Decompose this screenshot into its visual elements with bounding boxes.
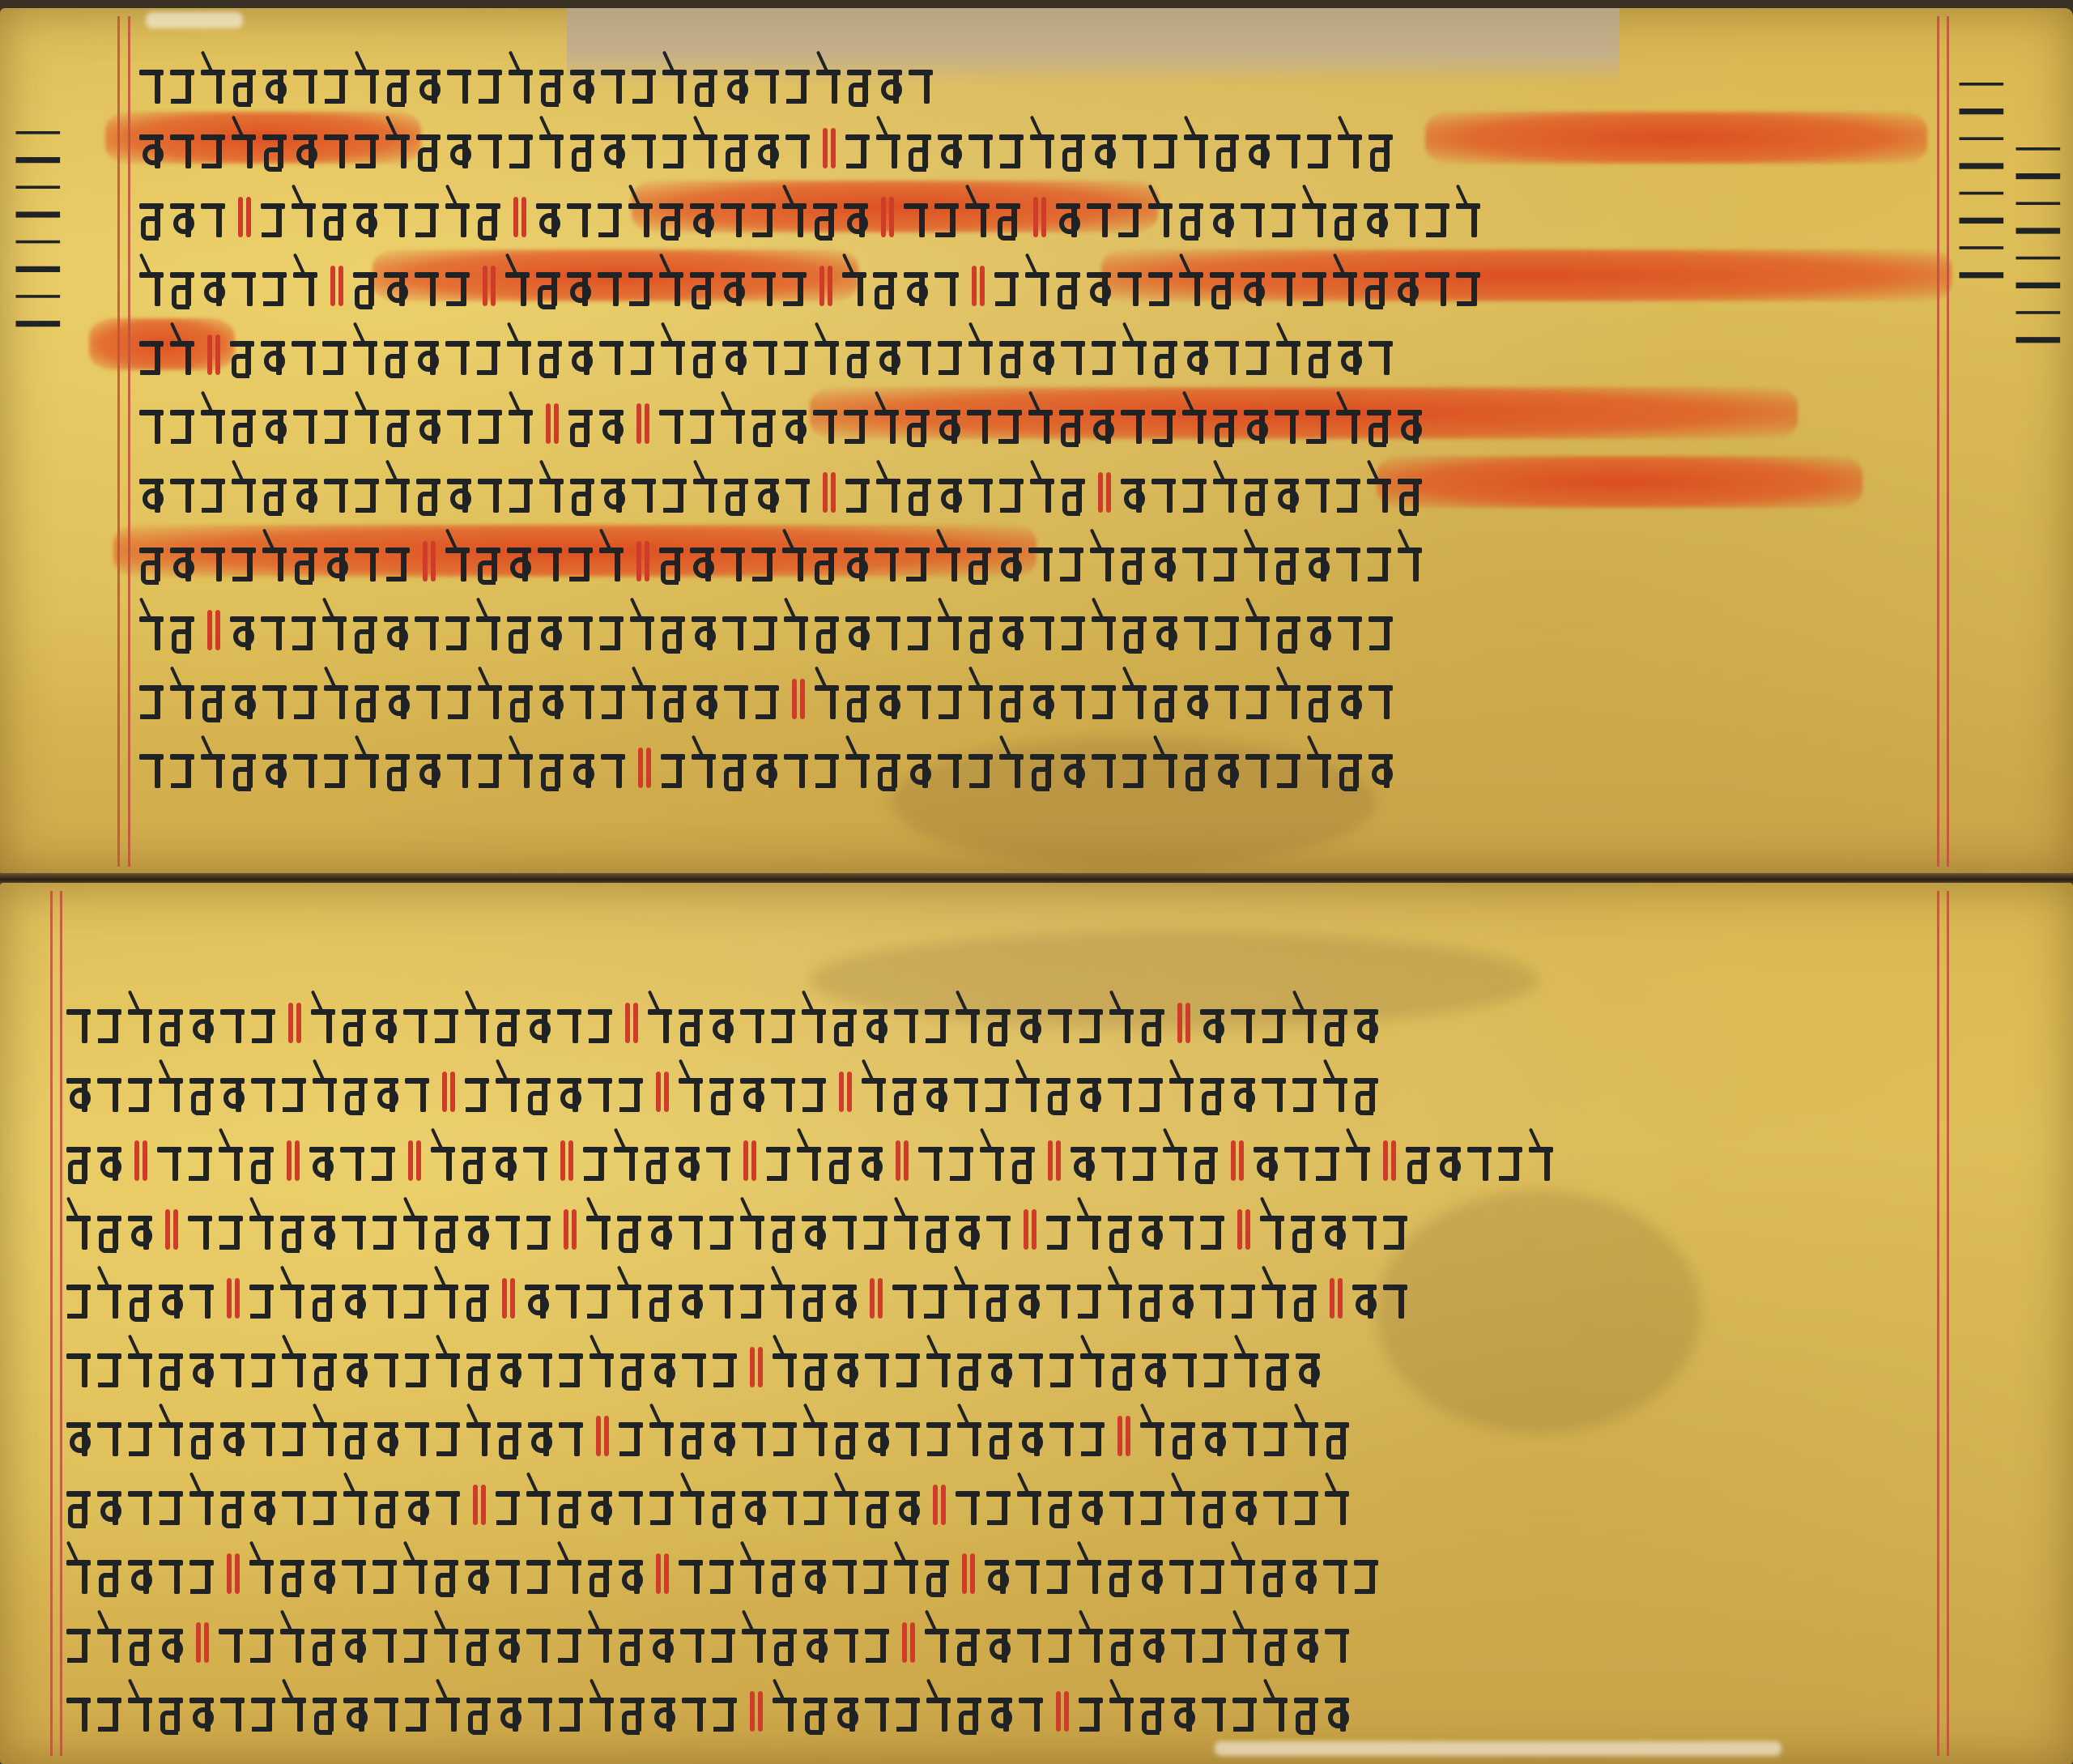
script-glyph bbox=[279, 1208, 306, 1251]
script-glyph bbox=[1198, 1276, 1226, 1320]
script-glyph bbox=[199, 746, 227, 790]
script-glyph bbox=[863, 1621, 891, 1664]
script-glyph bbox=[434, 1483, 462, 1527]
script-glyph bbox=[444, 195, 471, 239]
script-glyph bbox=[65, 1001, 92, 1045]
script-glyph bbox=[983, 1070, 1011, 1114]
script-glyph bbox=[630, 62, 658, 105]
double-danda-mark bbox=[1228, 1137, 1247, 1182]
script-glyph bbox=[983, 1276, 1011, 1320]
script-glyph bbox=[555, 1070, 583, 1114]
script-glyph bbox=[1393, 264, 1420, 308]
script-glyph bbox=[842, 539, 870, 583]
script-glyph bbox=[372, 1483, 400, 1527]
script-glyph bbox=[1381, 1208, 1409, 1251]
script-glyph bbox=[802, 1345, 829, 1389]
script-glyph bbox=[567, 333, 594, 377]
script-glyph bbox=[96, 1139, 123, 1182]
script-glyph bbox=[444, 264, 471, 308]
double-danda-mark bbox=[653, 1068, 672, 1114]
script-glyph bbox=[1108, 1621, 1135, 1664]
script-glyph bbox=[340, 1276, 368, 1320]
script-glyph bbox=[782, 333, 810, 377]
script-glyph bbox=[771, 1414, 798, 1458]
script-glyph bbox=[138, 62, 165, 105]
script-glyph bbox=[719, 195, 747, 239]
script-glyph bbox=[1367, 677, 1394, 721]
script-glyph bbox=[96, 1070, 123, 1114]
script-glyph bbox=[800, 1552, 828, 1596]
double-danda-mark bbox=[499, 1275, 518, 1320]
script-glyph bbox=[568, 677, 596, 721]
script-glyph bbox=[680, 1345, 708, 1389]
script-glyph bbox=[249, 1001, 277, 1045]
script-glyph bbox=[1304, 539, 1331, 583]
script-glyph bbox=[1024, 264, 1051, 308]
script-glyph bbox=[709, 1483, 737, 1527]
script-glyph bbox=[126, 1621, 154, 1664]
script-glyph bbox=[894, 1414, 922, 1458]
script-glyph bbox=[248, 1276, 275, 1320]
script-glyph bbox=[1262, 1483, 1289, 1527]
script-glyph bbox=[750, 402, 777, 445]
script-glyph bbox=[1168, 1070, 1195, 1114]
double-danda-mark bbox=[1380, 1137, 1399, 1182]
script-glyph bbox=[413, 264, 441, 308]
script-glyph bbox=[674, 1139, 701, 1182]
script-glyph bbox=[1139, 1414, 1166, 1458]
script-glyph bbox=[292, 677, 319, 721]
script-glyph bbox=[599, 677, 627, 721]
script-glyph bbox=[1121, 746, 1148, 790]
double-danda-mark bbox=[204, 607, 223, 652]
script-glyph bbox=[617, 1621, 645, 1664]
manuscript-line bbox=[0, 1531, 2073, 1596]
script-glyph bbox=[677, 1001, 704, 1045]
script-glyph bbox=[1108, 1001, 1135, 1045]
script-glyph bbox=[369, 1139, 397, 1182]
script-glyph bbox=[860, 1070, 888, 1114]
script-glyph bbox=[1242, 471, 1270, 514]
double-danda-mark bbox=[892, 1137, 912, 1182]
script-glyph bbox=[188, 1070, 215, 1114]
script-glyph bbox=[771, 1345, 798, 1389]
script-glyph bbox=[1147, 195, 1174, 239]
script-glyph bbox=[751, 746, 779, 790]
script-glyph bbox=[413, 608, 441, 652]
script-glyph bbox=[923, 1552, 951, 1596]
script-glyph bbox=[219, 1414, 246, 1458]
script-glyph bbox=[1362, 195, 1390, 239]
script-glyph bbox=[844, 471, 871, 514]
script-glyph bbox=[1305, 677, 1333, 721]
glyph-run bbox=[138, 243, 1485, 308]
script-glyph bbox=[463, 1001, 491, 1045]
script-glyph bbox=[402, 1276, 429, 1320]
script-glyph bbox=[923, 1621, 951, 1664]
script-glyph bbox=[1169, 1621, 1197, 1664]
script-glyph bbox=[126, 1483, 154, 1527]
script-glyph bbox=[1323, 1689, 1351, 1733]
script-glyph bbox=[769, 1208, 797, 1251]
script-glyph bbox=[1344, 1139, 1372, 1182]
manuscript-line bbox=[0, 1668, 2073, 1733]
script-glyph bbox=[936, 608, 964, 652]
script-glyph bbox=[708, 1276, 735, 1320]
script-glyph bbox=[126, 1689, 154, 1733]
script-glyph bbox=[228, 333, 256, 377]
script-glyph bbox=[1322, 1070, 1349, 1114]
script-glyph bbox=[936, 677, 964, 721]
script-glyph bbox=[65, 1276, 92, 1320]
script-glyph bbox=[1292, 1689, 1320, 1733]
script-glyph bbox=[800, 1070, 828, 1114]
script-glyph bbox=[1027, 402, 1054, 445]
script-glyph bbox=[1106, 1276, 1134, 1320]
script-glyph bbox=[628, 333, 656, 377]
script-glyph bbox=[1305, 608, 1333, 652]
script-glyph bbox=[826, 1139, 853, 1182]
script-glyph bbox=[894, 1483, 922, 1527]
margin-note-right: │┃│┃│┃│┃ bbox=[2016, 138, 2060, 356]
script-glyph bbox=[496, 1345, 523, 1389]
script-glyph bbox=[1090, 126, 1117, 170]
script-glyph bbox=[1239, 195, 1266, 239]
script-glyph bbox=[1304, 402, 1331, 445]
script-glyph bbox=[1239, 264, 1266, 308]
script-glyph bbox=[340, 1552, 368, 1596]
script-glyph bbox=[65, 1070, 92, 1114]
manuscript-line bbox=[0, 381, 2073, 445]
script-glyph bbox=[494, 1001, 521, 1045]
script-glyph bbox=[280, 1483, 308, 1527]
script-glyph bbox=[157, 1689, 185, 1733]
script-glyph bbox=[722, 471, 750, 514]
script-glyph bbox=[875, 333, 902, 377]
double-danda-mark bbox=[740, 1137, 760, 1182]
script-glyph bbox=[384, 126, 411, 170]
script-glyph bbox=[719, 539, 747, 583]
script-glyph bbox=[658, 539, 685, 583]
script-glyph bbox=[811, 195, 839, 239]
script-glyph bbox=[311, 1483, 338, 1527]
script-glyph bbox=[261, 126, 288, 170]
script-glyph bbox=[290, 333, 317, 377]
script-glyph bbox=[751, 333, 779, 377]
script-glyph bbox=[925, 1689, 952, 1733]
script-glyph bbox=[1352, 1070, 1380, 1114]
script-glyph bbox=[413, 195, 441, 239]
script-glyph bbox=[555, 1483, 583, 1527]
script-glyph bbox=[568, 62, 596, 105]
script-glyph bbox=[1150, 402, 1177, 445]
script-glyph bbox=[475, 195, 502, 239]
script-glyph bbox=[475, 608, 502, 652]
margin-rule bbox=[117, 16, 120, 867]
script-glyph bbox=[538, 471, 565, 514]
script-glyph bbox=[967, 677, 994, 721]
script-glyph bbox=[188, 1414, 215, 1458]
script-glyph bbox=[986, 1689, 1014, 1733]
script-glyph bbox=[292, 264, 319, 308]
script-glyph bbox=[382, 333, 410, 377]
double-danda-mark bbox=[633, 538, 653, 583]
manuscript-line bbox=[0, 450, 2073, 514]
double-danda-mark bbox=[1053, 1688, 1072, 1733]
script-glyph bbox=[168, 608, 196, 652]
script-glyph bbox=[168, 264, 196, 308]
script-glyph bbox=[902, 195, 930, 239]
script-glyph bbox=[1200, 1621, 1228, 1664]
script-glyph bbox=[813, 333, 841, 377]
script-glyph bbox=[1208, 195, 1236, 239]
script-glyph bbox=[338, 1139, 366, 1182]
script-glyph bbox=[219, 1070, 246, 1114]
script-glyph bbox=[782, 608, 810, 652]
double-danda-mark bbox=[789, 675, 808, 721]
script-glyph bbox=[292, 539, 319, 583]
script-glyph bbox=[351, 333, 379, 377]
script-glyph bbox=[403, 1483, 431, 1527]
script-glyph bbox=[536, 608, 564, 652]
script-glyph bbox=[993, 264, 1020, 308]
script-glyph bbox=[186, 1139, 214, 1182]
script-glyph bbox=[628, 608, 656, 652]
script-glyph bbox=[722, 62, 750, 105]
script-glyph bbox=[372, 1345, 400, 1389]
script-glyph bbox=[964, 195, 991, 239]
double-danda-mark bbox=[470, 1481, 489, 1527]
script-glyph bbox=[1273, 471, 1300, 514]
double-danda-mark bbox=[747, 1688, 766, 1733]
script-glyph bbox=[811, 539, 839, 583]
script-glyph bbox=[1270, 195, 1297, 239]
script-glyph bbox=[996, 402, 1024, 445]
script-glyph bbox=[261, 539, 288, 583]
script-glyph bbox=[802, 1689, 829, 1733]
script-glyph bbox=[598, 608, 625, 652]
script-glyph bbox=[709, 1621, 737, 1664]
script-glyph bbox=[507, 471, 534, 514]
double-danda-mark bbox=[1114, 1412, 1134, 1458]
script-glyph bbox=[65, 1139, 92, 1182]
double-danda-mark bbox=[131, 1137, 151, 1182]
script-glyph bbox=[1331, 195, 1359, 239]
script-glyph bbox=[1198, 1552, 1226, 1596]
glyph-run bbox=[65, 1324, 1325, 1389]
script-glyph bbox=[1323, 1621, 1351, 1664]
script-glyph bbox=[1336, 746, 1364, 790]
script-glyph bbox=[1028, 746, 1056, 790]
script-glyph bbox=[1334, 402, 1362, 445]
script-glyph bbox=[138, 539, 165, 583]
script-glyph bbox=[230, 471, 258, 514]
glyph-run bbox=[138, 518, 1427, 583]
script-glyph bbox=[311, 1070, 338, 1114]
script-glyph bbox=[753, 126, 781, 170]
script-glyph bbox=[661, 471, 688, 514]
script-glyph bbox=[476, 126, 504, 170]
script-glyph bbox=[659, 746, 687, 790]
script-glyph bbox=[904, 402, 931, 445]
glare bbox=[1215, 1741, 1781, 1756]
script-glyph bbox=[802, 1483, 829, 1527]
script-glyph bbox=[598, 333, 625, 377]
script-glyph bbox=[617, 1483, 645, 1527]
script-glyph bbox=[1275, 746, 1302, 790]
script-glyph bbox=[998, 333, 1025, 377]
script-glyph bbox=[873, 402, 900, 445]
margin-rule bbox=[1947, 891, 1949, 1756]
script-glyph bbox=[648, 1621, 675, 1664]
script-glyph bbox=[1137, 1070, 1164, 1114]
script-glyph bbox=[1300, 264, 1328, 308]
script-glyph bbox=[1150, 539, 1177, 583]
script-glyph bbox=[986, 1345, 1014, 1389]
script-glyph bbox=[217, 1621, 245, 1664]
script-glyph bbox=[1108, 1483, 1135, 1527]
script-glyph bbox=[1090, 333, 1117, 377]
script-glyph bbox=[1367, 746, 1394, 790]
script-glyph bbox=[403, 1689, 431, 1733]
script-glyph bbox=[709, 1414, 737, 1458]
script-glyph bbox=[831, 1208, 858, 1251]
script-glyph bbox=[538, 677, 565, 721]
script-glyph bbox=[292, 126, 319, 170]
script-glyph bbox=[168, 539, 196, 583]
script-glyph bbox=[126, 1208, 154, 1251]
script-glyph bbox=[1305, 333, 1333, 377]
script-glyph bbox=[1168, 1552, 1195, 1596]
script-glyph bbox=[1048, 1345, 1075, 1389]
manuscript-line bbox=[0, 174, 2073, 239]
script-glyph bbox=[565, 264, 593, 308]
script-glyph bbox=[936, 746, 964, 790]
script-glyph bbox=[309, 1621, 337, 1664]
script-glyph bbox=[661, 677, 688, 721]
script-glyph bbox=[138, 471, 165, 514]
script-glyph bbox=[954, 1001, 981, 1045]
script-glyph bbox=[1291, 1552, 1318, 1596]
script-glyph bbox=[199, 402, 227, 445]
double-danda-mark bbox=[1020, 1206, 1040, 1251]
script-glyph bbox=[138, 677, 165, 721]
script-glyph bbox=[219, 1483, 246, 1527]
script-glyph bbox=[863, 1414, 891, 1458]
script-glyph bbox=[800, 1001, 828, 1045]
script-glyph bbox=[126, 1345, 154, 1389]
double-danda-mark bbox=[479, 262, 499, 308]
script-glyph bbox=[1116, 264, 1143, 308]
script-glyph bbox=[1181, 402, 1208, 445]
script-glyph bbox=[353, 746, 381, 790]
manuscript-line bbox=[0, 105, 2073, 170]
script-glyph bbox=[538, 746, 565, 790]
script-glyph bbox=[690, 746, 717, 790]
script-glyph bbox=[688, 195, 716, 239]
script-glyph bbox=[1014, 1276, 1041, 1320]
script-glyph bbox=[802, 1621, 829, 1664]
script-glyph bbox=[230, 402, 258, 445]
script-glyph bbox=[1075, 1208, 1103, 1251]
double-danda-mark bbox=[819, 469, 839, 514]
script-glyph bbox=[1291, 1001, 1318, 1045]
script-glyph bbox=[292, 471, 319, 514]
glyph-run bbox=[65, 980, 1383, 1045]
script-glyph bbox=[677, 1552, 704, 1596]
script-glyph bbox=[1059, 333, 1087, 377]
script-glyph bbox=[321, 333, 348, 377]
script-glyph bbox=[525, 1552, 552, 1596]
script-glyph bbox=[1200, 1414, 1228, 1458]
script-glyph bbox=[1292, 1621, 1320, 1664]
script-glyph bbox=[952, 1070, 980, 1114]
double-danda-mark bbox=[1234, 1206, 1254, 1251]
glyph-run bbox=[65, 1255, 1412, 1320]
double-danda-mark bbox=[622, 999, 641, 1045]
double-danda-mark bbox=[193, 1619, 212, 1664]
script-glyph bbox=[96, 1621, 123, 1664]
script-glyph bbox=[1140, 1345, 1168, 1389]
double-danda-mark bbox=[162, 1206, 181, 1251]
script-glyph bbox=[599, 746, 627, 790]
script-glyph bbox=[1294, 1345, 1322, 1389]
script-glyph bbox=[1208, 264, 1236, 308]
script-glyph bbox=[905, 471, 933, 514]
script-glyph bbox=[1150, 471, 1177, 514]
script-glyph bbox=[445, 746, 473, 790]
script-glyph bbox=[648, 1483, 675, 1527]
script-glyph bbox=[538, 62, 565, 105]
script-glyph bbox=[936, 471, 964, 514]
script-glyph bbox=[1014, 1552, 1041, 1596]
script-glyph bbox=[1088, 402, 1116, 445]
script-glyph bbox=[692, 62, 719, 105]
script-glyph bbox=[998, 746, 1025, 790]
script-glyph bbox=[157, 1001, 185, 1045]
script-glyph bbox=[219, 1001, 246, 1045]
script-glyph bbox=[525, 1070, 552, 1114]
script-glyph bbox=[630, 471, 658, 514]
script-glyph bbox=[740, 1414, 768, 1458]
script-glyph bbox=[925, 1414, 952, 1458]
script-glyph bbox=[434, 1345, 462, 1389]
script-glyph bbox=[168, 62, 196, 105]
script-glyph bbox=[643, 1139, 670, 1182]
script-glyph bbox=[261, 746, 288, 790]
script-glyph bbox=[800, 1208, 828, 1251]
script-glyph bbox=[444, 333, 471, 377]
script-glyph bbox=[248, 1139, 275, 1182]
script-glyph bbox=[771, 1483, 798, 1527]
script-glyph bbox=[863, 1345, 891, 1389]
script-glyph bbox=[1262, 1621, 1289, 1664]
margin-rule bbox=[50, 891, 53, 1756]
script-glyph bbox=[1229, 1001, 1257, 1045]
script-glyph bbox=[228, 608, 256, 652]
script-glyph bbox=[168, 677, 196, 721]
script-glyph bbox=[784, 471, 811, 514]
script-glyph bbox=[978, 1139, 1006, 1182]
script-glyph bbox=[1496, 1139, 1524, 1182]
script-glyph bbox=[568, 746, 596, 790]
script-glyph bbox=[526, 1414, 554, 1458]
script-glyph bbox=[690, 608, 717, 652]
script-glyph bbox=[353, 402, 381, 445]
script-glyph bbox=[615, 1208, 643, 1251]
script-glyph bbox=[199, 539, 227, 583]
script-glyph bbox=[432, 1621, 460, 1664]
